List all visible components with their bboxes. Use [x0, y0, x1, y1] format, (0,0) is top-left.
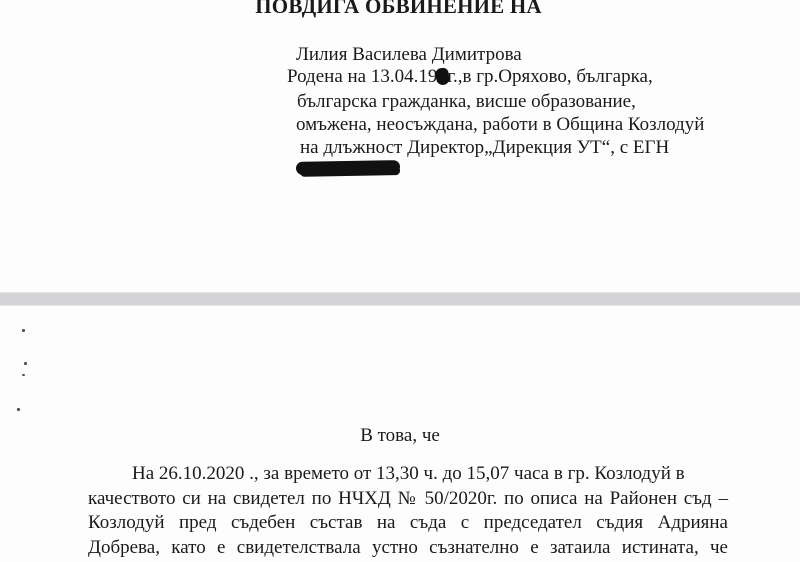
charge-paragraph: На 26.10.2020 ., за времето от 13,30 ч. … — [88, 462, 728, 560]
scan-artifact — [24, 362, 27, 365]
accused-name: Лилия Василева Димитрова — [296, 44, 522, 66]
accused-position-line: на длъжност Директор„Дирекция УТ“, с ЕГН — [300, 137, 669, 159]
paragraph-line: На 26.10.2020 ., за времето от 13,30 ч. … — [88, 462, 728, 487]
scan-artifact — [22, 329, 25, 332]
accused-citizenship-line: българска гражданка, висше образование, — [297, 91, 636, 113]
paragraph-line: Добрева, като е свидетелствала устно съз… — [88, 536, 728, 561]
accused-status-line: омъжена, неосъждана, работи в Община Коз… — [296, 114, 704, 136]
redaction-egn — [296, 160, 400, 175]
birth-line-suffix: г.,в гр.Оряхово, българка, — [447, 66, 652, 87]
scan-artifact — [22, 374, 25, 376]
birth-line-prefix: Родена на 13.04.19 — [287, 66, 437, 87]
scan-artifact — [17, 408, 20, 411]
document-page-top: ПОВДИГА ОБВИНЕНИЕ НА Лилия Василева Дими… — [0, 0, 800, 292]
section-heading: В това, че — [0, 425, 800, 447]
paragraph-line: качеството си на свидетел по НЧХД № 50/2… — [88, 487, 728, 512]
title-text: ПОВДИГА ОБВИНЕНИЕ НА — [255, 0, 541, 19]
paragraph-line: Козлодуй пред съдебен състав на съда с п… — [88, 511, 728, 536]
document-title: ПОВДИГА ОБВИНЕНИЕ НА — [0, 0, 800, 19]
document-page-bottom: В това, че На 26.10.2020 ., за времето о… — [0, 306, 800, 562]
accused-birth-line: Родена на 13.04.19г.,в гр.Оряхово, бълга… — [287, 66, 653, 88]
page-separator — [0, 292, 800, 306]
